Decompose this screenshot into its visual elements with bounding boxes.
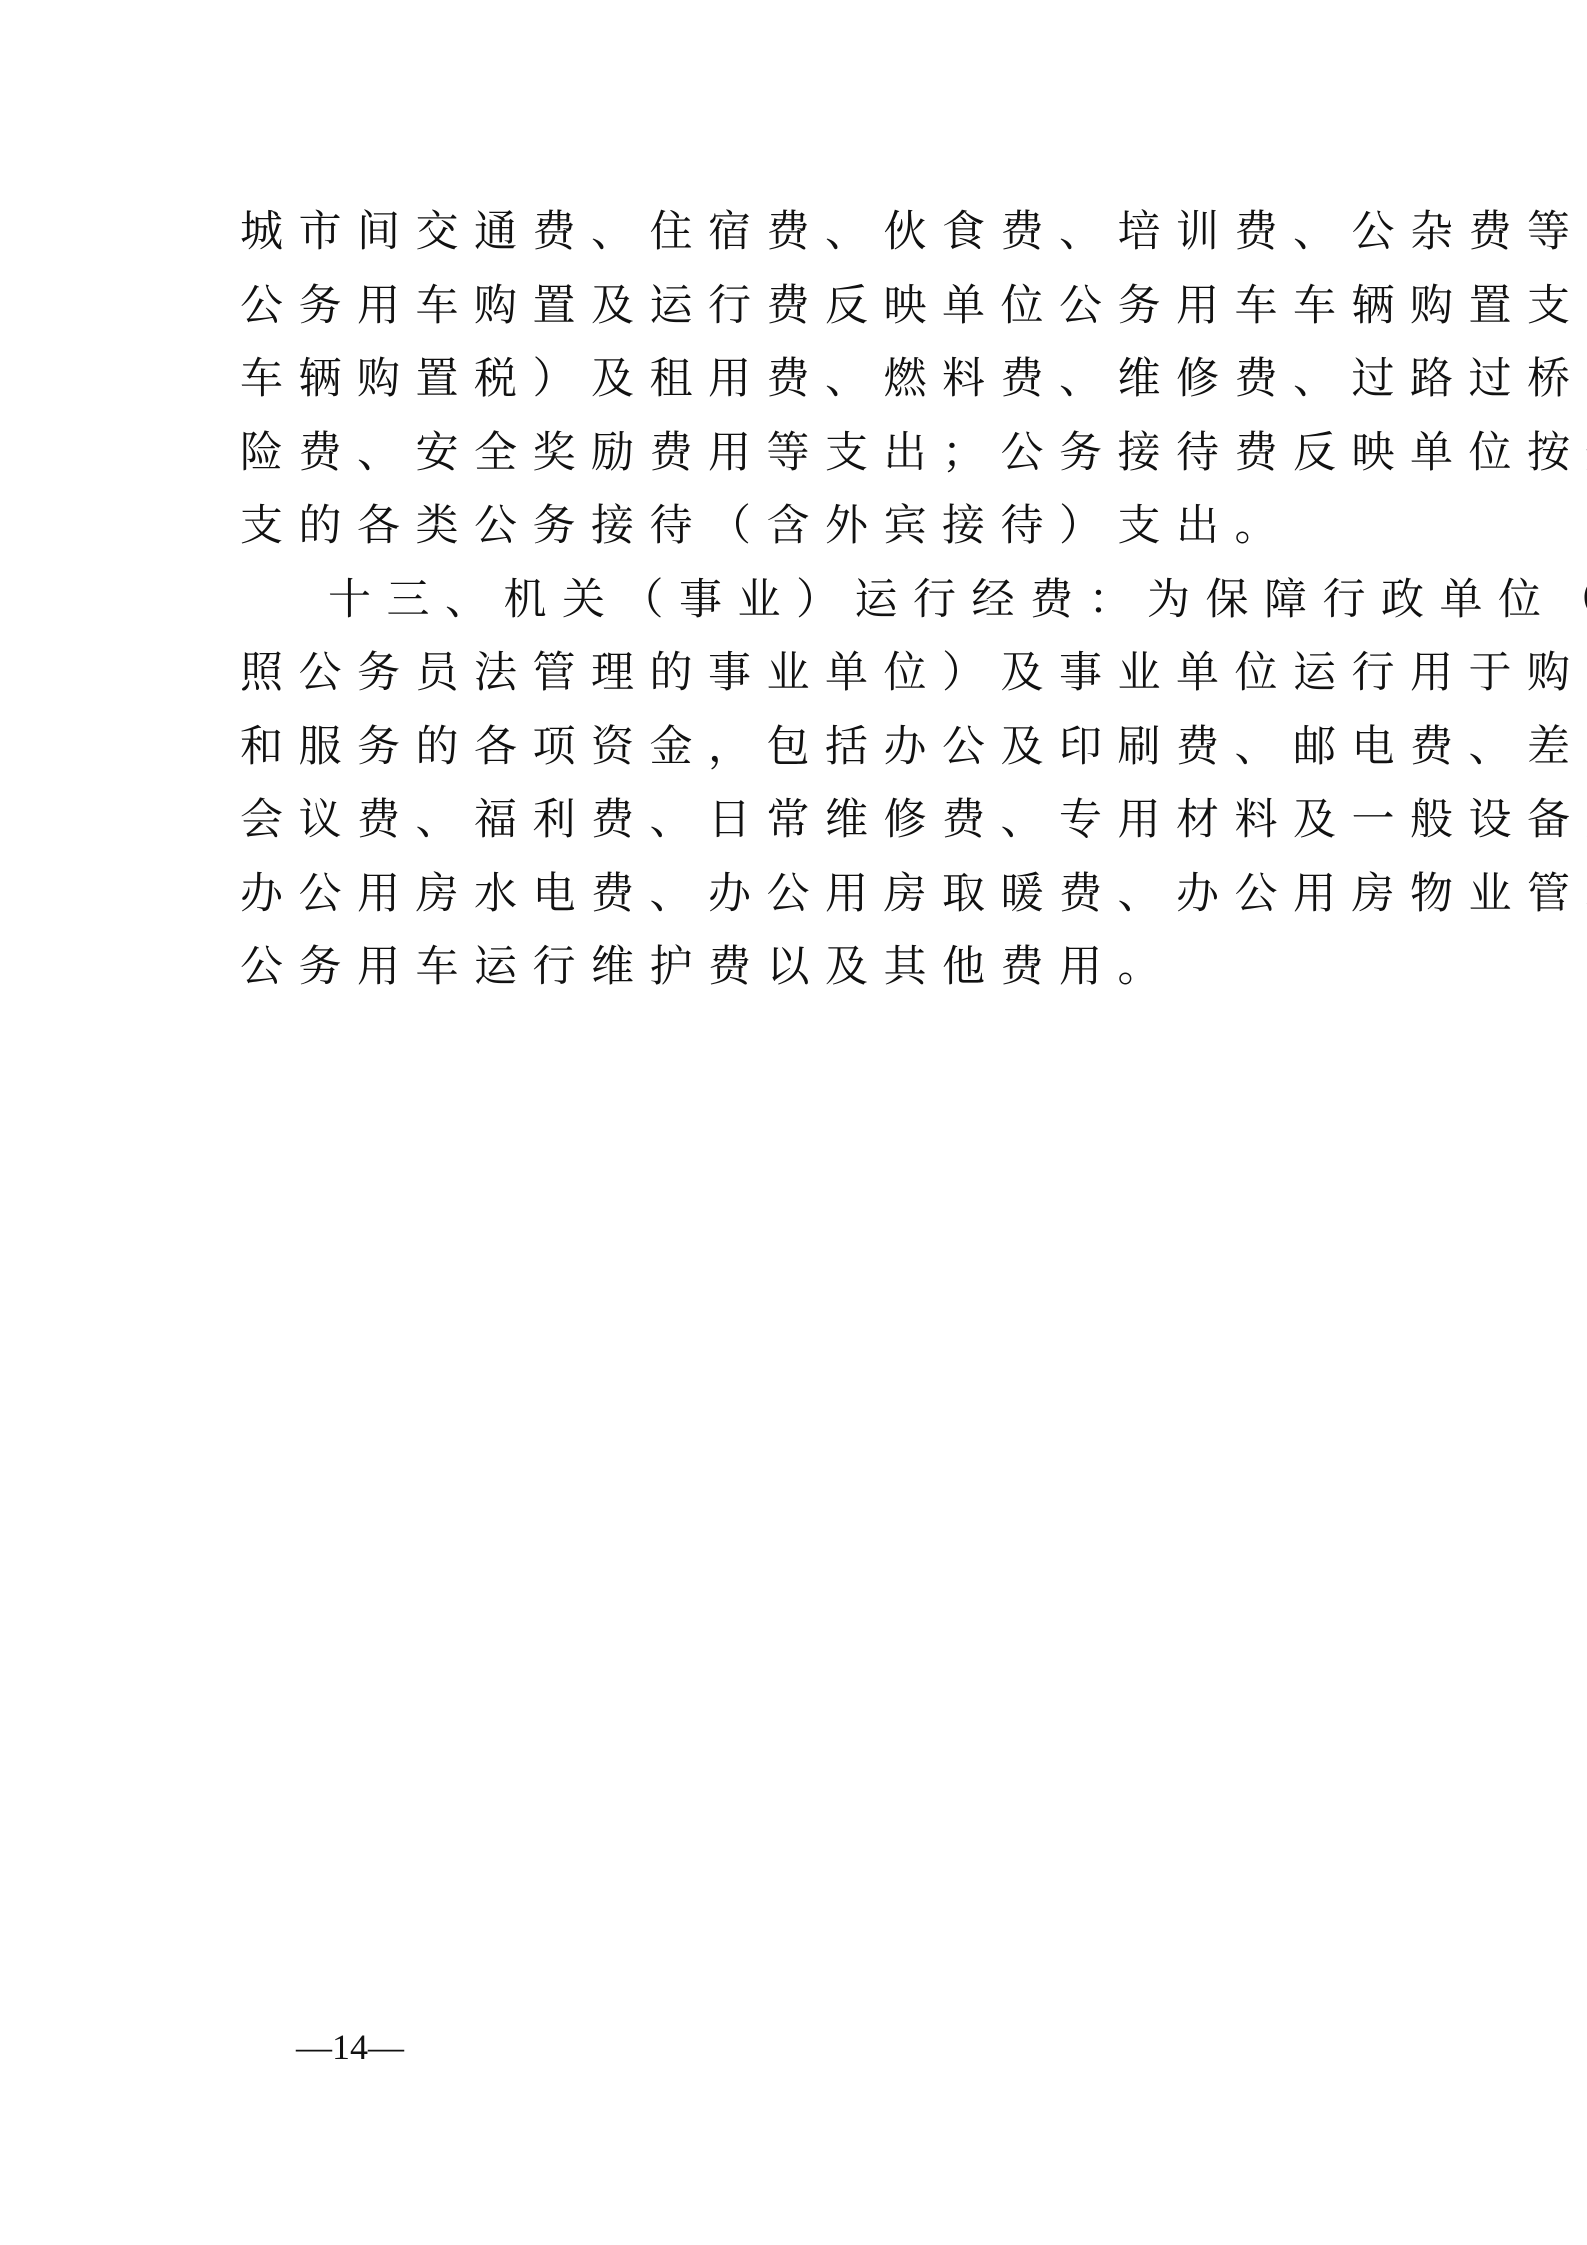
text-line: 十三、机关（事业）运行经费：为保障行政单位（含参 bbox=[240, 564, 1360, 638]
text-line: 险费、安全奖励费用等支出；公务接待费反映单位按规定开 bbox=[240, 417, 1360, 491]
body-text: 城市间交通费、住宿费、伙食费、培训费、公杂费等支出； 公务用车购置及运行费反映单… bbox=[240, 196, 1360, 1005]
document-page: 城市间交通费、住宿费、伙食费、培训费、公杂费等支出； 公务用车购置及运行费反映单… bbox=[0, 0, 1587, 2245]
text-line: 公务用车购置及运行费反映单位公务用车车辆购置支出（含 bbox=[240, 270, 1360, 344]
page-number: —14— bbox=[296, 2026, 404, 2068]
text-line: 车辆购置税）及租用费、燃料费、维修费、过路过桥费、保 bbox=[240, 343, 1360, 417]
text-line: 办公用房水电费、办公用房取暖费、办公用房物业管理费、 bbox=[240, 858, 1360, 932]
text-line: 照公务员法管理的事业单位）及事业单位运行用于购买货物 bbox=[240, 637, 1360, 711]
text-line: 和服务的各项资金，包括办公及印刷费、邮电费、差旅费、 bbox=[240, 711, 1360, 785]
text-line: 支的各类公务接待（含外宾接待）支出。 bbox=[240, 490, 1360, 564]
paragraph-travel-vehicle-reception: 城市间交通费、住宿费、伙食费、培训费、公杂费等支出； 公务用车购置及运行费反映单… bbox=[240, 196, 1360, 564]
text-line: 会议费、福利费、日常维修费、专用材料及一般设备购置费、 bbox=[240, 784, 1360, 858]
text-line: 城市间交通费、住宿费、伙食费、培训费、公杂费等支出； bbox=[240, 196, 1360, 270]
text-line: 公务用车运行维护费以及其他费用。 bbox=[240, 931, 1360, 1005]
paragraph-operating-expenses: 十三、机关（事业）运行经费：为保障行政单位（含参 照公务员法管理的事业单位）及事… bbox=[240, 564, 1360, 1005]
